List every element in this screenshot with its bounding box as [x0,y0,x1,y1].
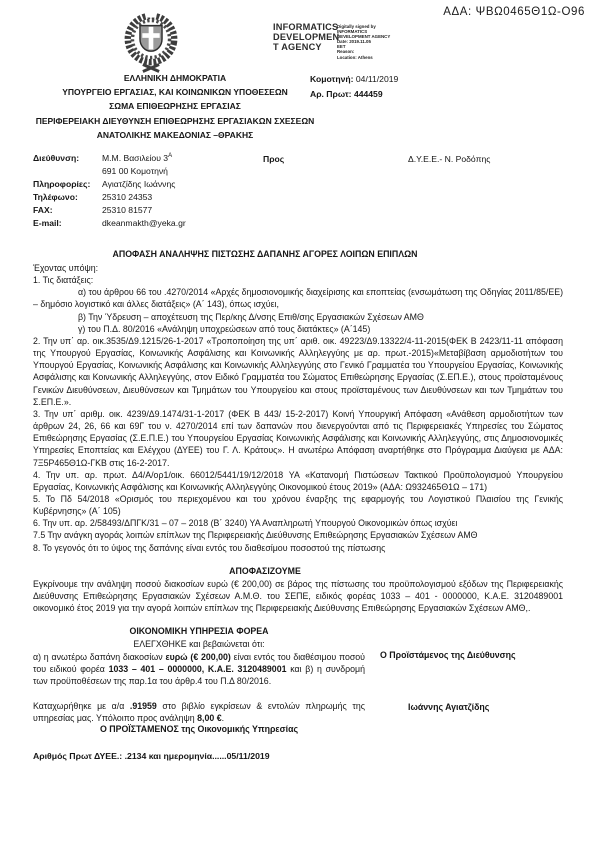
item-2: 2. Την υπ΄ αρ. οικ.3535/Δ9.1215/26-1-201… [33,335,563,408]
ada-value: ΨΒΩ0465Θ1Ω-Ο96 [476,6,585,18]
letterhead-line-region: ΑΝΑΤΟΛΙΚΗΣ ΜΑΚΕΔΟΝΙΑΣ –ΘΡΑΚΗΣ [10,128,340,142]
item-4: 4. Την υπ. αρ. πρωτ. Δ4/Α/ορ1/οικ. 66012… [33,469,563,493]
item-5: 5. Το Πδ 54/2018 «Ορισμός του περιεχομέν… [33,493,563,517]
city-date-line: Κομοτηνή: 04/11/2019 [310,72,398,87]
check-run-bold-account: 1033 – 401 – 0000000, Κ.Α.Ε. 3120489001 [109,664,287,674]
letterhead: ΕΛΛΗΝΙΚΗ ΔΗΜΟΚΡΑΤΙΑ ΥΠΟΥΡΓΕΙΟ ΕΡΓΑΣΙΑΣ, … [10,71,340,142]
decision-heading: ΑΠΟΦΑΣΙΖΟΥΜΕ [15,566,515,576]
protocol-line: Αρ. Πρωτ: 444459 [310,87,398,102]
address-street: Μ.Μ. Βασιλείου 3 [102,153,168,163]
item-8: 8. Το γεγονός ότι το ύψος της δαπάνης εί… [33,542,563,554]
address-value: Μ.Μ. Βασιλείου 3Α [102,152,186,165]
check-run-bold-amount: ευρώ (€ 200,00) [165,652,230,662]
ada-label: ΑΔΑ: [443,6,472,18]
item-1a: α) του άρθρου 66 του .4270/2014 «Αρχές δ… [33,286,563,310]
info-value: Αγιατζίδης Ιωάννης [102,178,186,191]
item-1c: γ) του Π.Δ. 80/2016 «Ανάληψη υποχρεώσεων… [33,323,563,335]
director-signature-name: Ιωάννης Αγιατζίδης [408,702,489,712]
city-label: Κομοτηνή: [310,74,354,84]
info-label: Πληροφορίες: [33,178,102,191]
fax-label: FAX: [33,204,102,217]
date-protocol-block: Κομοτηνή: 04/11/2019 Αρ. Πρωτ: 444459 [310,72,398,102]
letterhead-line-body: ΣΩΜΑ ΕΠΙΘΕΩΡΗΣΗΣ ΕΡΓΑΣΙΑΣ [10,99,340,113]
check-paragraph: α) η ανωτέρω δαπάνη διακοσίων ευρώ (€ 20… [33,651,365,687]
address-line2: 691 00 Κομοτηνή [102,165,186,178]
decision-paragraph: Εγκρίνουμε την ανάληψη ποσού διακοσίων ε… [33,578,563,614]
phone-value: 25310 24353 [102,191,186,204]
letterhead-line-ministry: ΥΠΟΥΡΓΕΙΟ ΕΡΓΑΣΙΑΣ, ΚΑΙ ΚΟΙΝΩΝΙΚΩΝ ΥΠΟΘΕ… [10,85,340,99]
address-label: Διεύθυνση: [33,152,102,165]
check-run: α) η ανωτέρω δαπάνη διακοσίων [33,652,165,662]
ada-code-line: ΑΔΑ: ΨΒΩ0465Θ1Ω-Ο96 [443,6,585,18]
emblem-graphic [122,4,180,74]
financial-head-signature-title: Ο ΠΡΟΪΣΤΑΜΕΝΟΣ της Οικονομικής Υπηρεσίας [33,724,365,734]
register-run-bold-serial: .91959 [130,701,157,711]
dyee-protocol-line: Αριθμός Πρωτ ΔΥΕΕ.: .2134 και ημερομηνία… [33,751,270,761]
item-6: 6. Την υπ. αρ. 2/58493/ΔΠΓΚ/31 – 07 – 20… [33,517,563,529]
to-label: Προς [263,154,284,164]
register-run: . [222,713,224,723]
item-1: 1. Τις διατάξεις: [33,274,563,286]
email-value: dkeanmakth@yeka.gr [102,217,186,230]
address-superscript: Α [168,153,172,159]
protocol-number: 444459 [354,89,383,99]
item-1b: β) Την Ύδρευση – αποχέτευση της Περ/κης … [33,311,563,323]
register-run: Καταχωρήθηκε με α/α [33,701,130,711]
document-page: ΑΔΑ: ΨΒΩ0465Θ1Ω-Ο96 INFORMATICS DEVELOPM… [0,0,595,842]
fax-value: 25310 81577 [102,204,186,217]
phone-label: Τηλέφωνο: [33,191,102,204]
city-date: 04/11/2019 [356,74,398,84]
empty-label-cell [33,165,102,178]
considering-intro: Έχοντας υπόψη: [33,262,563,274]
stamp-sig-line: Location: Athens [337,55,390,60]
hellenic-republic-emblem [122,4,180,74]
director-signature-title: Ο Προϊστάμενος της Διεύθυνσης [380,650,516,660]
diavgeia-stamp-signature: Digitally signed by INFORMATICS DEVELOPM… [337,24,390,60]
register-paragraph: Καταχωρήθηκε με α/α .91959 στο βιβλίο εγ… [33,700,365,724]
letterhead-line-republic: ΕΛΛΗΝΙΚΗ ΔΗΜΟΚΡΑΤΙΑ [10,71,340,85]
protocol-label: Αρ. Πρωτ: [310,89,352,99]
financial-service-heading: ΟΙΚΟΝΟΜΙΚΗ ΥΠΗΡΕΣΙΑ ΦΟΡΕΑ [33,626,365,636]
email-label: E-mail: [33,217,102,230]
contact-block: Διεύθυνση: Μ.Μ. Βασιλείου 3Α 691 00 Κομο… [33,152,186,231]
to-recipient: Δ.Υ.Ε.Ε.- Ν. Ροδόπης [408,154,490,164]
stamp-agency-line: T AGENCY [273,43,339,53]
document-title: ΑΠΟΦΑΣΗ ΑΝΑΛΗΨΗΣ ΠΙΣΤΩΣΗΣ ΔΑΠΑΝΗΣ ΑΓΟΡΕΣ… [15,249,515,259]
letterhead-line-directorate: ΠΕΡΙΦΕΡΕΙΑΚΗ ΔΙΕΥΘΥΝΣΗ ΕΠΙΘΕΩΡΗΣΗΣ ΕΡΓΑΣ… [10,114,340,128]
item-3: 3. Την υπ΄ αριθμ. οικ. 4239/Δ9.1474/31-1… [33,408,563,469]
register-run-bold-balance: 8,00 € [197,713,221,723]
diavgeia-stamp-agency: INFORMATICS DEVELOPMEN T AGENCY [273,23,339,52]
legal-considerations: Έχοντας υπόψη: 1. Τις διατάξεις: α) του … [33,262,563,554]
item-7: 7.5 Την ανάγκη αγοράς λοιπών επίπλων της… [33,529,563,541]
checked-subheading: ΕΛΕΓΧΘΗΚΕ και βεβαιώνεται ότι: [33,639,365,649]
